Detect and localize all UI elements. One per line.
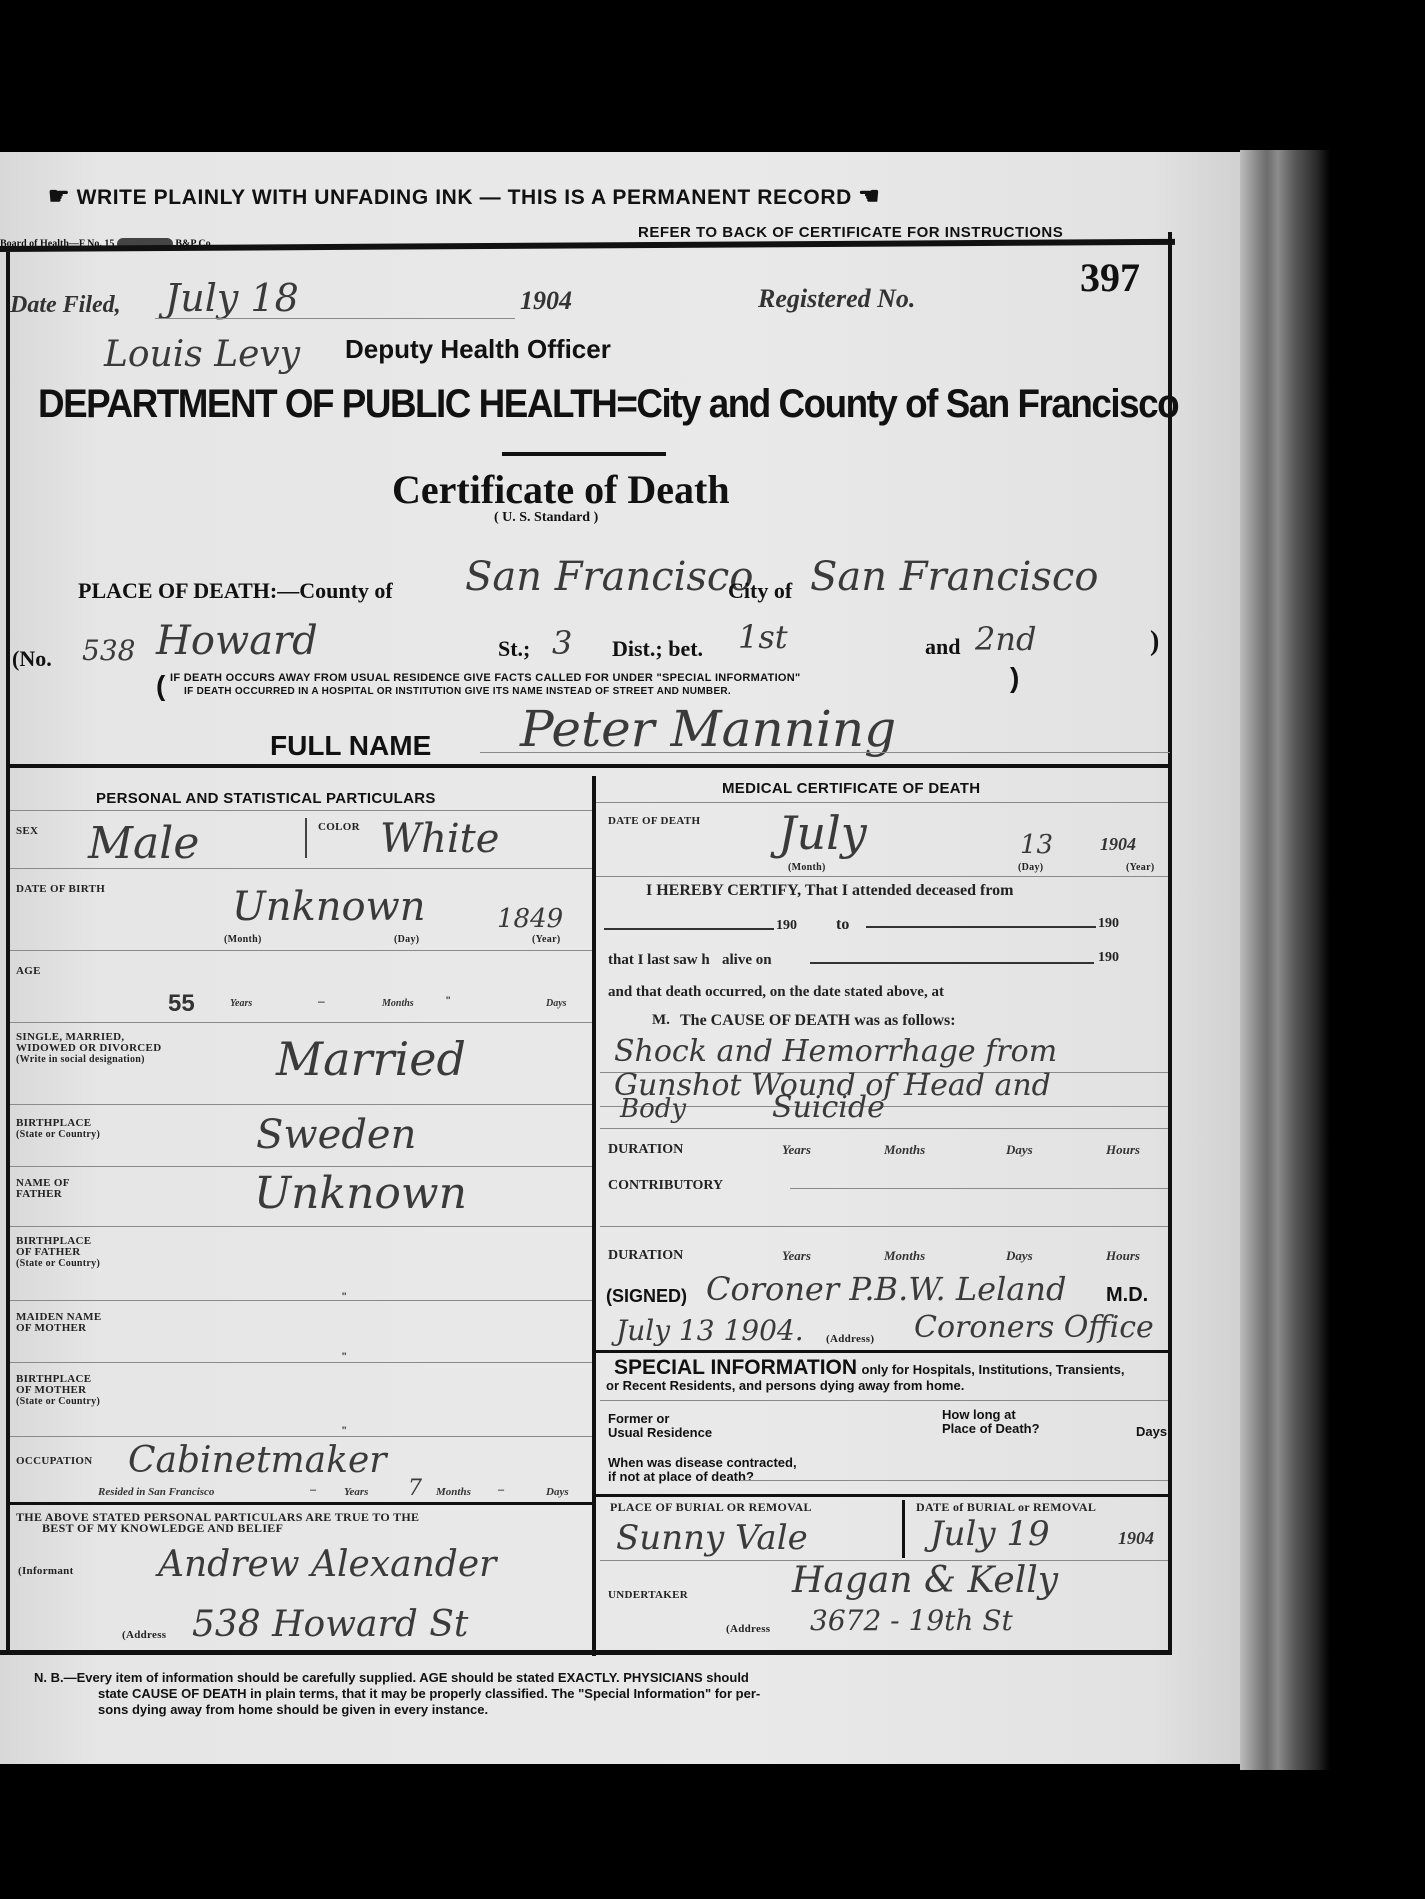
- father-name-label: NAME OF FATHER: [16, 1178, 70, 1200]
- county-value: San Francisco: [465, 554, 753, 600]
- date-filed-label: Date Filed,: [10, 292, 121, 319]
- date-of-death-year: 1904: [1100, 834, 1136, 855]
- and-label: and: [925, 634, 960, 660]
- cause-of-death-label: The CAUSE OF DEATH was as follows:: [680, 1012, 956, 1030]
- marital-label: SINGLE, MARRIED, WIDOWED OR DIVORCED (Wr…: [16, 1032, 161, 1065]
- institution-note: IF DEATH OCCURRED IN A HOSPITAL OR INSTI…: [184, 686, 731, 697]
- pointing-hand-icon: ☚: [858, 183, 880, 210]
- book-page-edges: [1240, 150, 1330, 1770]
- physician-address-label: (Address): [826, 1334, 874, 1345]
- undertaker-value: Hagan & Kelly: [792, 1560, 1058, 1601]
- burial-date-label: DATE of BURIAL or REMOVAL: [916, 1502, 1096, 1513]
- note-paren-close: ): [1010, 662, 1019, 694]
- md-label: M.D.: [1106, 1284, 1148, 1307]
- dob-month: Unknown: [232, 884, 426, 930]
- father-birthplace-value: ": [342, 1290, 346, 1304]
- resided-label: Resided in San Francisco: [98, 1486, 214, 1498]
- date-filed-year: 1904: [520, 286, 572, 316]
- banner: ☛ WRITE PLAINLY WITH UNFADING INK — THIS…: [48, 182, 1128, 211]
- former-residence-label: Former or Usual Residence: [608, 1412, 712, 1440]
- city-label: City of: [728, 578, 792, 604]
- title-divider: [502, 452, 666, 456]
- instructions-note: REFER TO BACK OF CERTIFICATE FOR INSTRUC…: [638, 224, 1063, 241]
- personal-heading: PERSONAL AND STATISTICAL PARTICULARS: [96, 790, 436, 807]
- street-number: 538: [82, 634, 135, 667]
- outer-border-right: [1168, 232, 1172, 1652]
- burial-place-value: Sunny Vale: [616, 1518, 808, 1558]
- full-name-label: FULL NAME: [270, 730, 431, 762]
- contributory-label: CONTRIBUTORY: [608, 1178, 723, 1194]
- district-value: 3: [552, 624, 572, 662]
- street-name: Howard: [156, 618, 318, 664]
- undertaker-label: UNDERTAKER: [608, 1590, 688, 1601]
- informant-address-label: (Address: [122, 1630, 166, 1641]
- officer-title: Deputy Health Officer: [345, 334, 611, 365]
- registered-number: 397: [1080, 254, 1140, 301]
- certify-statement: I HEREBY CERTIFY, That I attended deceas…: [646, 882, 1013, 900]
- between-street-1: 1st: [738, 618, 788, 656]
- sex-label: SEX: [16, 826, 38, 837]
- special-info-heading: SPECIAL INFORMATION only for Hospitals, …: [614, 1356, 1124, 1380]
- footnote: N. B.—Every item of information should b…: [34, 1670, 1134, 1718]
- informant-address: 538 Howard St: [192, 1604, 468, 1645]
- signed-by: Coroner P.B.W. Leland: [706, 1270, 1066, 1308]
- undertaker-address: 3672 - 19th St: [810, 1604, 1013, 1637]
- pointing-hand-icon: ☛: [48, 183, 70, 210]
- date-of-death-label: DATE OF DEATH: [608, 816, 700, 827]
- registered-label: Registered No.: [758, 284, 915, 314]
- informant-statement: THE ABOVE STATED PERSONAL PARTICULARS AR…: [16, 1512, 419, 1534]
- color-value: White: [380, 816, 499, 862]
- mother-name-label: MAIDEN NAME OF MOTHER: [16, 1312, 102, 1334]
- father-name-value: Unknown: [254, 1168, 467, 1219]
- cause-line-1: Shock and Hemorrhage from: [614, 1034, 1057, 1069]
- dob-year: 1849: [497, 904, 563, 934]
- burial-place-label: PLACE OF BURIAL OR REMOVAL: [610, 1502, 812, 1513]
- how-long-label: How long at Place of Death?: [942, 1408, 1040, 1436]
- officer-signature: Louis Levy: [104, 334, 300, 375]
- residence-note: IF DEATH OCCURS AWAY FROM USUAL RESIDENC…: [170, 672, 801, 684]
- full-name-value: Peter Manning: [520, 700, 896, 758]
- occupation-value: Cabinetmaker: [128, 1440, 386, 1481]
- name-divider: [6, 764, 1172, 768]
- birthplace-value: Sweden: [256, 1112, 416, 1158]
- manner-of-death: Suicide: [772, 1090, 885, 1125]
- dob-label: DATE OF BIRTH: [16, 884, 105, 895]
- outer-border-left: [6, 252, 10, 1652]
- us-standard-label: ( U. S. Standard ): [494, 510, 598, 526]
- informant-label: (Informant: [18, 1566, 74, 1577]
- father-birthplace-label: BIRTHPLACE OF FATHER (State or Country): [16, 1236, 100, 1269]
- department-title: DEPARTMENT OF PUBLIC HEALTH=City and Cou…: [38, 382, 1178, 427]
- district-label: Dist.; bet.: [612, 636, 703, 662]
- cause-line-3: Body: [620, 1094, 686, 1124]
- age-label: AGE: [16, 966, 41, 977]
- date-filed-value: July 18: [165, 276, 299, 320]
- color-label: COLOR: [318, 822, 360, 833]
- outer-border-bottom: [0, 1650, 1172, 1655]
- marital-value: Married: [276, 1032, 466, 1086]
- medical-heading: MEDICAL CERTIFICATE OF DEATH: [722, 780, 980, 797]
- birthplace-label: BIRTHPLACE (State or Country): [16, 1118, 100, 1140]
- date-of-death-month: July: [778, 806, 867, 860]
- mother-birthplace-label: BIRTHPLACE OF MOTHER (State or Country): [16, 1374, 100, 1407]
- signed-date: July 13 1904.: [616, 1314, 804, 1347]
- note-paren-open: (: [156, 670, 165, 702]
- between-street-2: 2nd: [975, 620, 1036, 658]
- duration-label: DURATION: [608, 1142, 683, 1158]
- column-divider: [592, 776, 596, 1656]
- place-of-death-label: PLACE OF DEATH:—County of: [78, 578, 393, 604]
- age-years: 55: [168, 990, 195, 1018]
- signed-label: (SIGNED): [606, 1286, 687, 1307]
- sex-value: Male: [88, 818, 199, 869]
- informant-name: Andrew Alexander: [158, 1544, 496, 1585]
- burial-date-value: July 19: [930, 1514, 1050, 1554]
- occupation-label: OCCUPATION: [16, 1456, 93, 1467]
- st-label: St.;: [498, 636, 530, 662]
- street-no-label: (No.: [12, 646, 52, 672]
- city-value: San Francisco: [810, 554, 1098, 600]
- undertaker-address-label: (Address: [726, 1624, 770, 1635]
- physician-address: Coroners Office: [914, 1310, 1154, 1345]
- certificate-title: Certificate of Death: [392, 466, 730, 513]
- resided-months: 7: [408, 1476, 422, 1501]
- burial-date-year: 1904: [1118, 1528, 1154, 1549]
- date-of-death-day: 13: [1020, 830, 1053, 860]
- banner-text: WRITE PLAINLY WITH UNFADING INK — THIS I…: [77, 186, 852, 209]
